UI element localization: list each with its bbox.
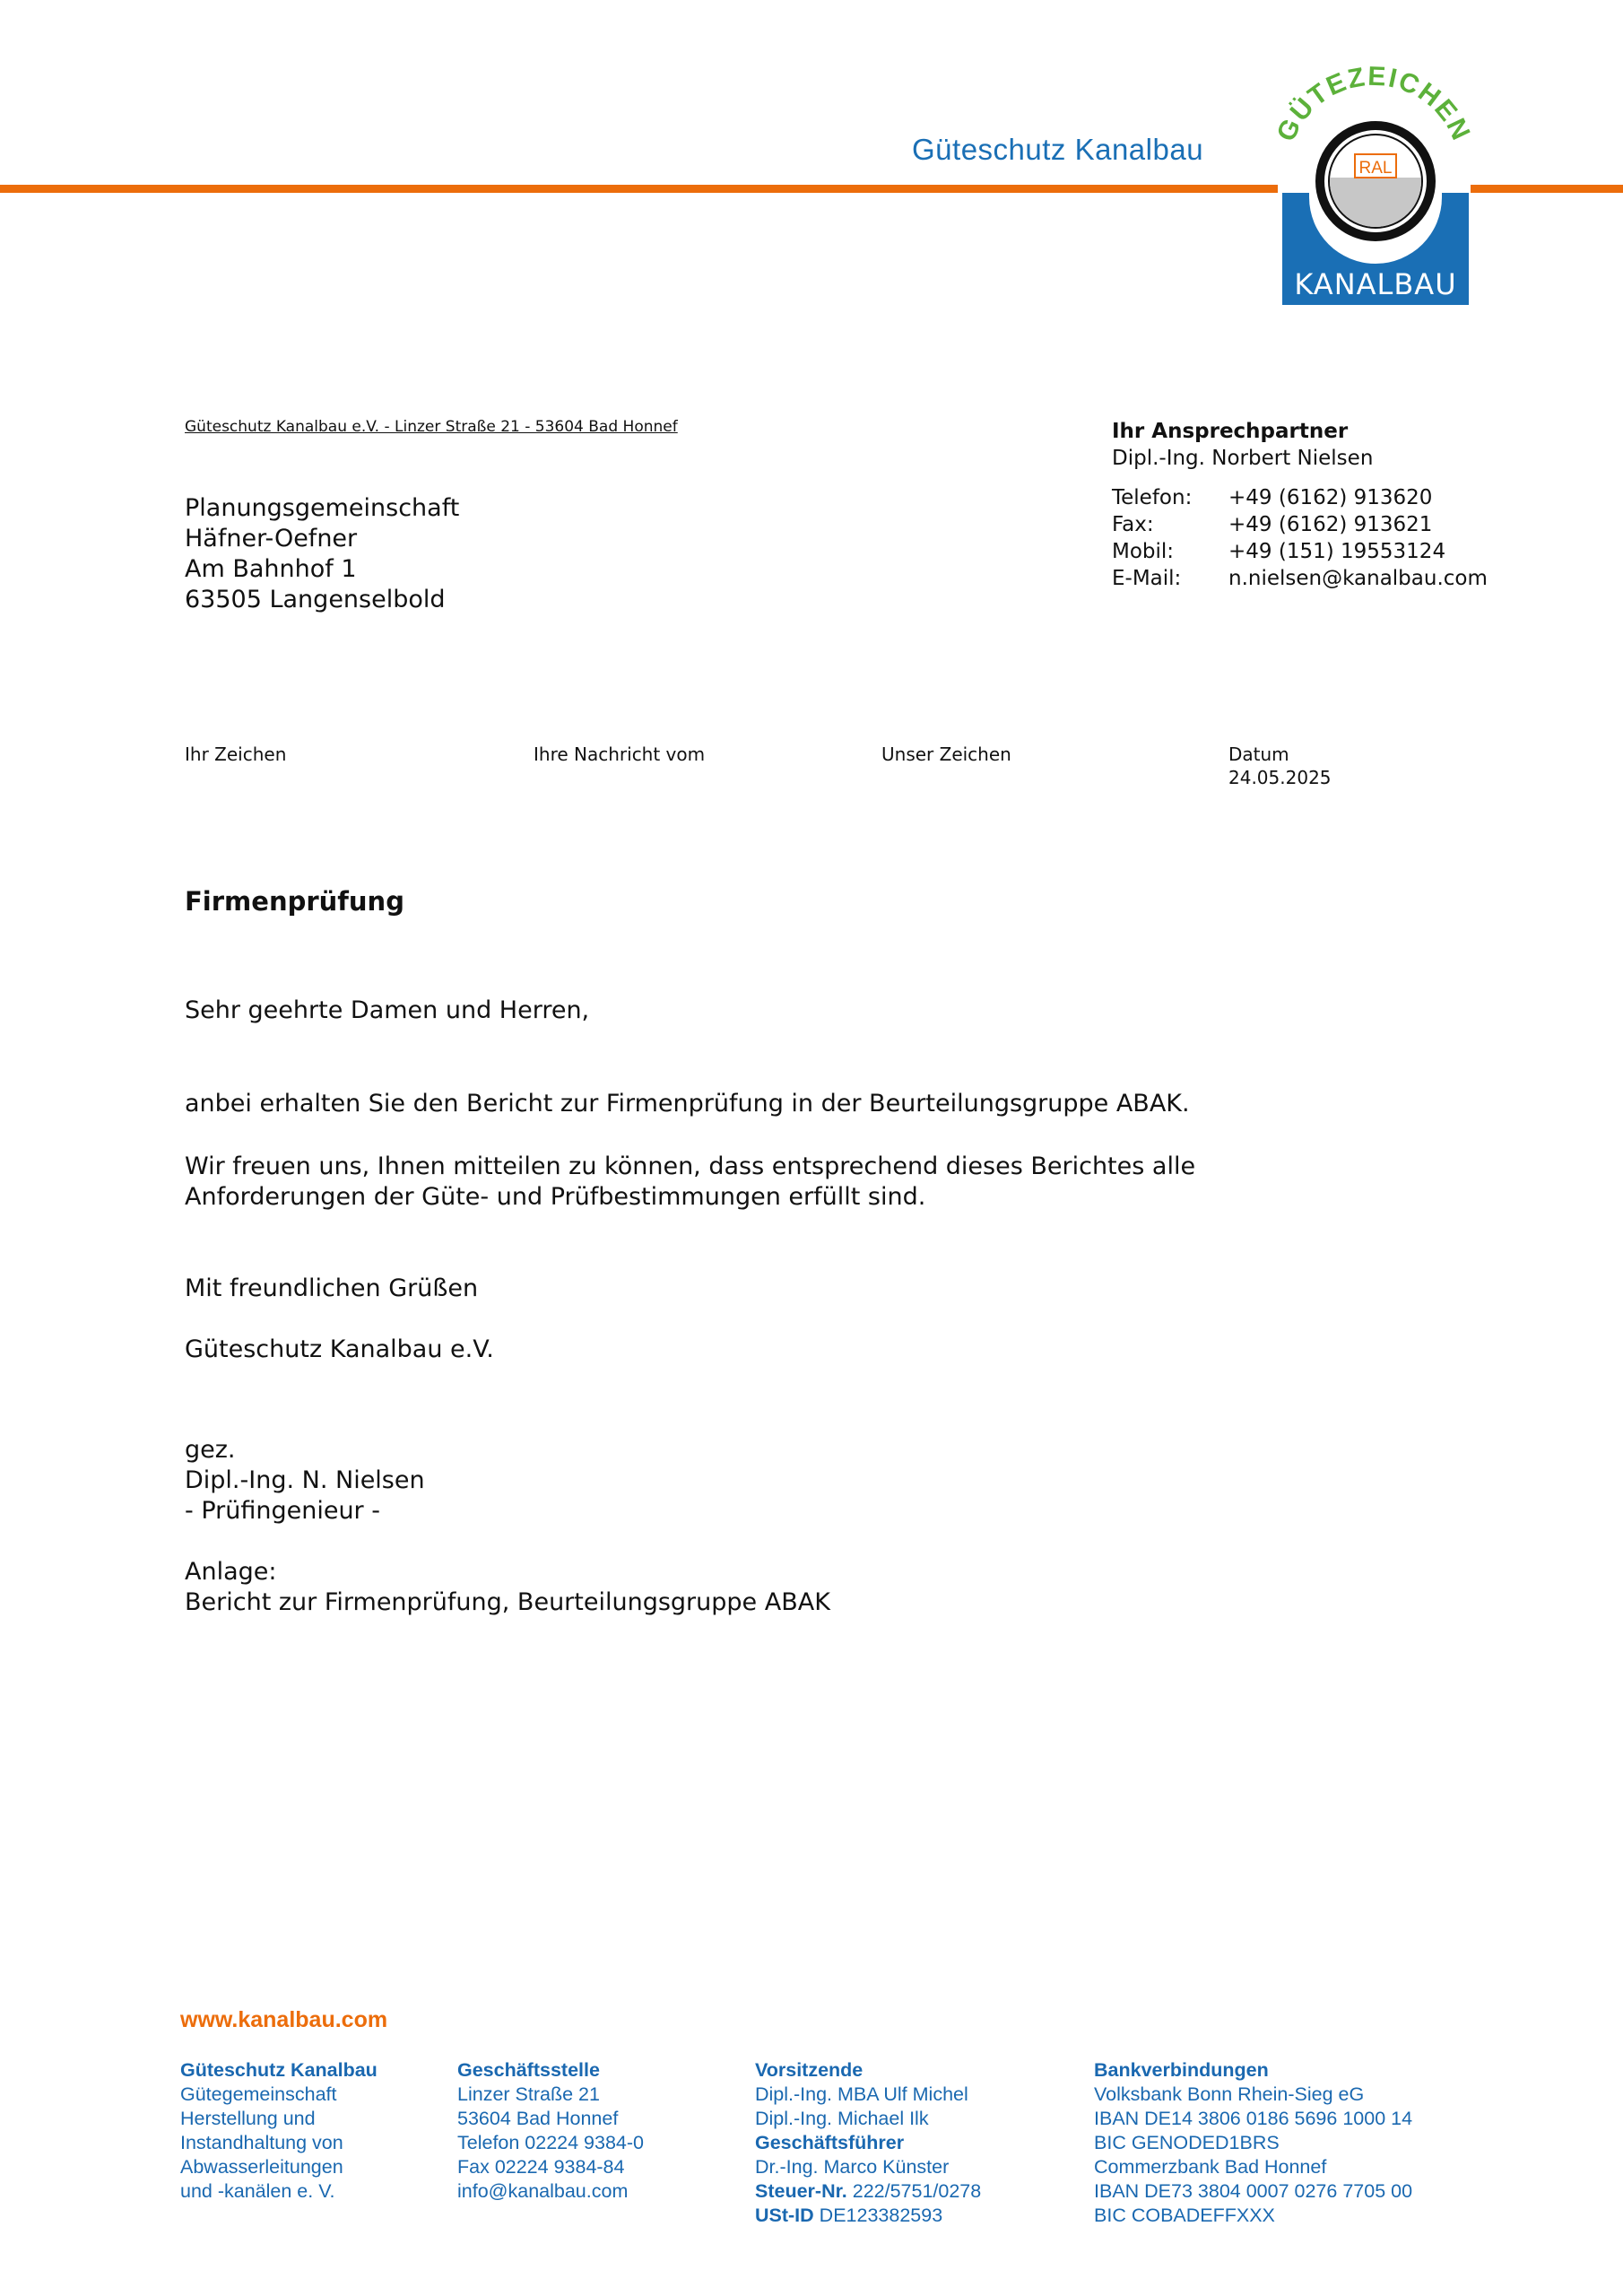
footer-line: Dipl.-Ing. MBA Ulf Michel xyxy=(755,2083,981,2107)
footer-line: Fax 02224 9384-84 xyxy=(457,2155,644,2179)
ref-label: Ihr Zeichen xyxy=(185,743,286,766)
contact-label: Mobil: xyxy=(1112,538,1228,565)
footer-line: Volksbank Bonn Rhein-Sieg eG xyxy=(1094,2083,1412,2107)
footer-line: 53604 Bad Honnef xyxy=(457,2107,644,2131)
ref-ihr-zeichen: Ihr Zeichen xyxy=(185,743,286,766)
header-rule-right xyxy=(1471,185,1623,193)
brand-name: Güteschutz Kanalbau xyxy=(912,133,1203,167)
footer-line: IBAN DE73 3804 0007 0276 7705 00 xyxy=(1094,2179,1412,2204)
closing-organization: Güteschutz Kanalbau e.V. xyxy=(185,1335,494,1365)
footer-heading: Vorsitzende xyxy=(755,2058,981,2083)
ref-datum: Datum 24.05.2025 xyxy=(1228,743,1332,789)
salutation: Sehr geehrte Damen und Herren, xyxy=(185,996,589,1026)
footer-line: Herstellung und xyxy=(180,2107,378,2131)
footer-vat-value: DE123382593 xyxy=(820,2205,942,2226)
footer-vat-label: USt-ID xyxy=(755,2205,814,2226)
ref-unser-zeichen: Unser Zeichen xyxy=(881,743,1011,766)
attachment-item: Bericht zur Firmenprüfung, Beurteilungsg… xyxy=(185,1587,830,1618)
ref-label: Unser Zeichen xyxy=(881,743,1011,766)
ref-ihre-nachricht: Ihre Nachricht vom xyxy=(534,743,705,766)
footer-heading: Bankverbindungen xyxy=(1094,2058,1412,2083)
signature-line: gez. xyxy=(185,1435,425,1465)
contact-label: Fax: xyxy=(1112,511,1228,538)
recipient-line: 63505 Langenselbold xyxy=(185,585,459,615)
contact-block: Ihr Ansprechpartner Dipl.-Ing. Norbert N… xyxy=(1112,418,1488,592)
footer-line: BIC COBADEFFXXX xyxy=(1094,2204,1412,2228)
footer-column-office: Geschäftsstelle Linzer Straße 21 53604 B… xyxy=(457,2058,644,2204)
footer-line: Commerzbank Bad Honnef xyxy=(1094,2155,1412,2179)
footer-line: Instandhaltung von xyxy=(180,2131,378,2155)
footer-tax-value: 222/5751/0278 xyxy=(853,2180,981,2202)
footer-line: Dr.-Ing. Marco Künster xyxy=(755,2155,981,2179)
header-rule-left xyxy=(0,185,1278,193)
closing: Mit freundlichen Grüßen xyxy=(185,1274,478,1304)
footer-column-banks: Bankverbindungen Volksbank Bonn Rhein-Si… xyxy=(1094,2058,1412,2228)
signature-line: Dipl.-Ing. N. Nielsen xyxy=(185,1465,425,1496)
signature-block: gez. Dipl.-Ing. N. Nielsen - Prüfingenie… xyxy=(185,1435,425,1526)
contact-row-mobile: Mobil: +49 (151) 19553124 xyxy=(1112,538,1488,565)
paragraph-1: anbei erhalten Sie den Bericht zur Firme… xyxy=(185,1089,1190,1119)
footer-line: BIC GENODED1BRS xyxy=(1094,2131,1412,2155)
ref-date-value: 24.05.2025 xyxy=(1228,766,1332,789)
paragraph-line: Anforderungen der Güte- und Prüfbestimmu… xyxy=(185,1182,1195,1213)
paragraph-line: Wir freuen uns, Ihnen mitteilen zu könne… xyxy=(185,1152,1195,1182)
footer-line: Dipl.-Ing. Michael Ilk xyxy=(755,2107,981,2131)
contact-row-fax: Fax: +49 (6162) 913621 xyxy=(1112,511,1488,538)
contact-row-phone: Telefon: +49 (6162) 913620 xyxy=(1112,484,1488,511)
contact-email-link[interactable]: n.nielsen@kanalbau.com xyxy=(1228,565,1488,592)
contact-label: E-Mail: xyxy=(1112,565,1228,592)
attachment-block: Anlage: Bericht zur Firmenprüfung, Beurt… xyxy=(185,1557,830,1618)
letter-subject: Firmenprüfung xyxy=(185,886,404,917)
svg-text:RAL: RAL xyxy=(1359,159,1393,178)
footer-heading: Geschäftsstelle xyxy=(457,2058,644,2083)
footer-tax-label: Steuer-Nr. xyxy=(755,2180,847,2202)
contact-title: Ihr Ansprechpartner xyxy=(1112,418,1488,445)
footer-column-organization: Güteschutz Kanalbau Gütegemeinschaft Her… xyxy=(180,2058,378,2204)
recipient-line: Am Bahnhof 1 xyxy=(185,554,459,585)
contact-value: +49 (151) 19553124 xyxy=(1228,538,1445,565)
attachment-label: Anlage: xyxy=(185,1557,830,1587)
ref-label: Ihre Nachricht vom xyxy=(534,743,705,766)
footer-line: Telefon 02224 9384-0 xyxy=(457,2131,644,2155)
contact-row-email: E-Mail: n.nielsen@kanalbau.com xyxy=(1112,565,1488,592)
footer-line: Gütegemeinschaft xyxy=(180,2083,378,2107)
paragraph-2: Wir freuen uns, Ihnen mitteilen zu könne… xyxy=(185,1152,1195,1213)
footer-heading: Güteschutz Kanalbau xyxy=(180,2058,378,2083)
contact-label: Telefon: xyxy=(1112,484,1228,511)
footer-line: und -kanälen e. V. xyxy=(180,2179,378,2204)
contact-value: +49 (6162) 913620 xyxy=(1228,484,1432,511)
guetezeichen-logo-icon: RAL GÜTEZEICHEN KANALBAU xyxy=(1269,63,1475,305)
footer-website-link[interactable]: www.kanalbau.com xyxy=(180,2007,387,2033)
footer-line: IBAN DE14 3806 0186 5696 1000 14 xyxy=(1094,2107,1412,2131)
footer-column-board: Vorsitzende Dipl.-Ing. MBA Ulf Michel Di… xyxy=(755,2058,981,2228)
footer-tax-number: Steuer-Nr. 222/5751/0278 xyxy=(755,2179,981,2204)
footer-vat-id: USt-ID DE123382593 xyxy=(755,2204,981,2228)
contact-name: Dipl.-Ing. Norbert Nielsen xyxy=(1112,445,1488,472)
recipient-address: Planungsgemeinschaft Häfner-Oefner Am Ba… xyxy=(185,493,459,615)
sender-return-address: Güteschutz Kanalbau e.V. - Linzer Straße… xyxy=(185,418,678,436)
svg-text:KANALBAU: KANALBAU xyxy=(1294,267,1456,301)
recipient-line: Planungsgemeinschaft xyxy=(185,493,459,524)
footer-heading: Geschäftsführer xyxy=(755,2131,981,2155)
footer-line: Linzer Straße 21 xyxy=(457,2083,644,2107)
signature-line: - Prüfingenieur - xyxy=(185,1496,425,1526)
footer-line: Abwasserleitungen xyxy=(180,2155,378,2179)
contact-value: +49 (6162) 913621 xyxy=(1228,511,1432,538)
recipient-line: Häfner-Oefner xyxy=(185,524,459,554)
footer-email-link[interactable]: info@kanalbau.com xyxy=(457,2179,644,2204)
ref-label: Datum xyxy=(1228,743,1332,766)
